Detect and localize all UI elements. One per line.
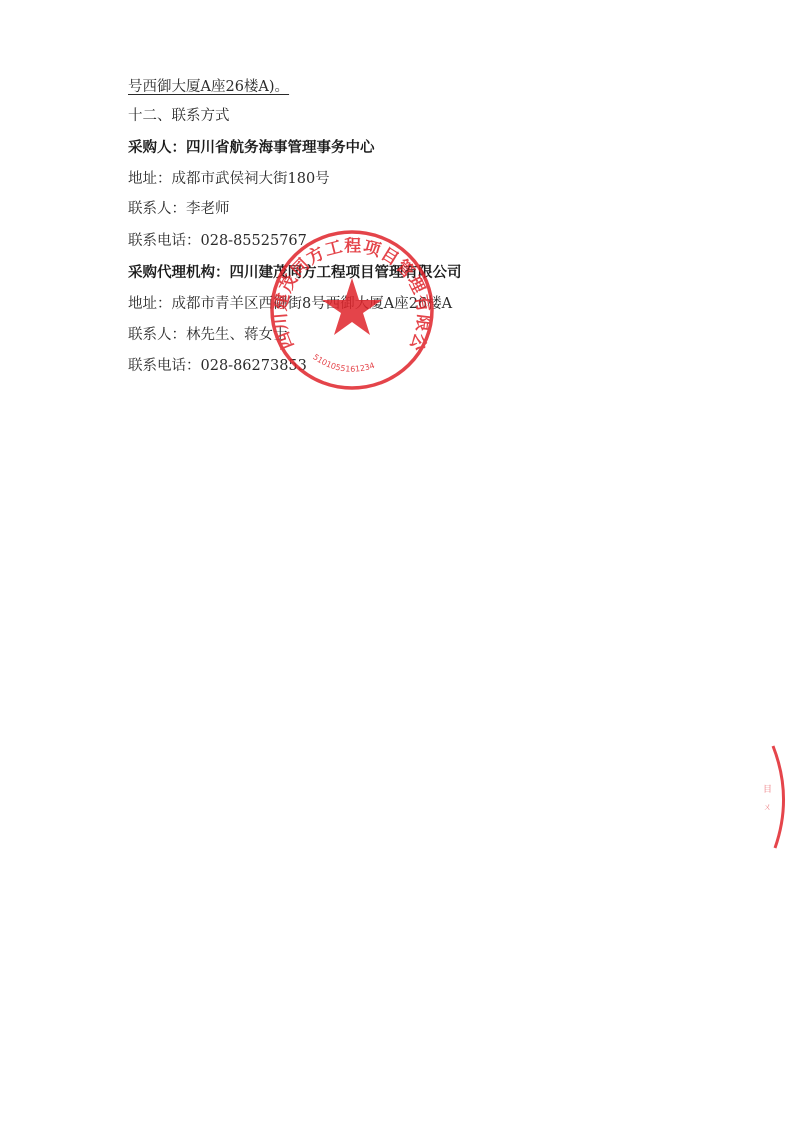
agency-contact: 联系人：林先生、蒋女士 — [128, 326, 288, 344]
purchaser-line: 采购人：四川省航务海事管理事务中心 — [128, 139, 375, 157]
purchaser-address: 地址：成都市武侯祠大街180号 — [128, 170, 330, 188]
stamp-number: 5101055161234 — [311, 352, 376, 373]
purchaser-phone: 联系电话：028-85525767 — [128, 232, 307, 250]
section-heading: 十二、联系方式 — [128, 107, 230, 125]
purchaser-name: 四川省航务海事管理事务中心 — [186, 140, 375, 156]
purchaser-label: 采购人： — [128, 140, 186, 156]
svg-text:ㄨ: ㄨ — [763, 803, 772, 813]
svg-text:目: 目 — [763, 784, 772, 795]
agency-label: 采购代理机构： — [128, 265, 230, 281]
agency-address: 地址：成都市青羊区西御街8号西御大厦A座26楼A — [128, 295, 452, 313]
agency-phone: 联系电话：028-86273853 — [128, 357, 307, 375]
agency-name: 四川建茂同方工程项目管理有限公司 — [230, 265, 462, 281]
purchaser-contact: 联系人：李老师 — [128, 200, 230, 218]
agency-line: 采购代理机构：四川建茂同方工程项目管理有限公司 — [128, 264, 462, 282]
partial-seal-stamp-edge: 目 ㄨ — [759, 742, 789, 852]
svg-text:5101055161234: 5101055161234 — [311, 352, 376, 373]
continuation-text: 号西御大厦A座26楼A)。 — [128, 78, 289, 96]
